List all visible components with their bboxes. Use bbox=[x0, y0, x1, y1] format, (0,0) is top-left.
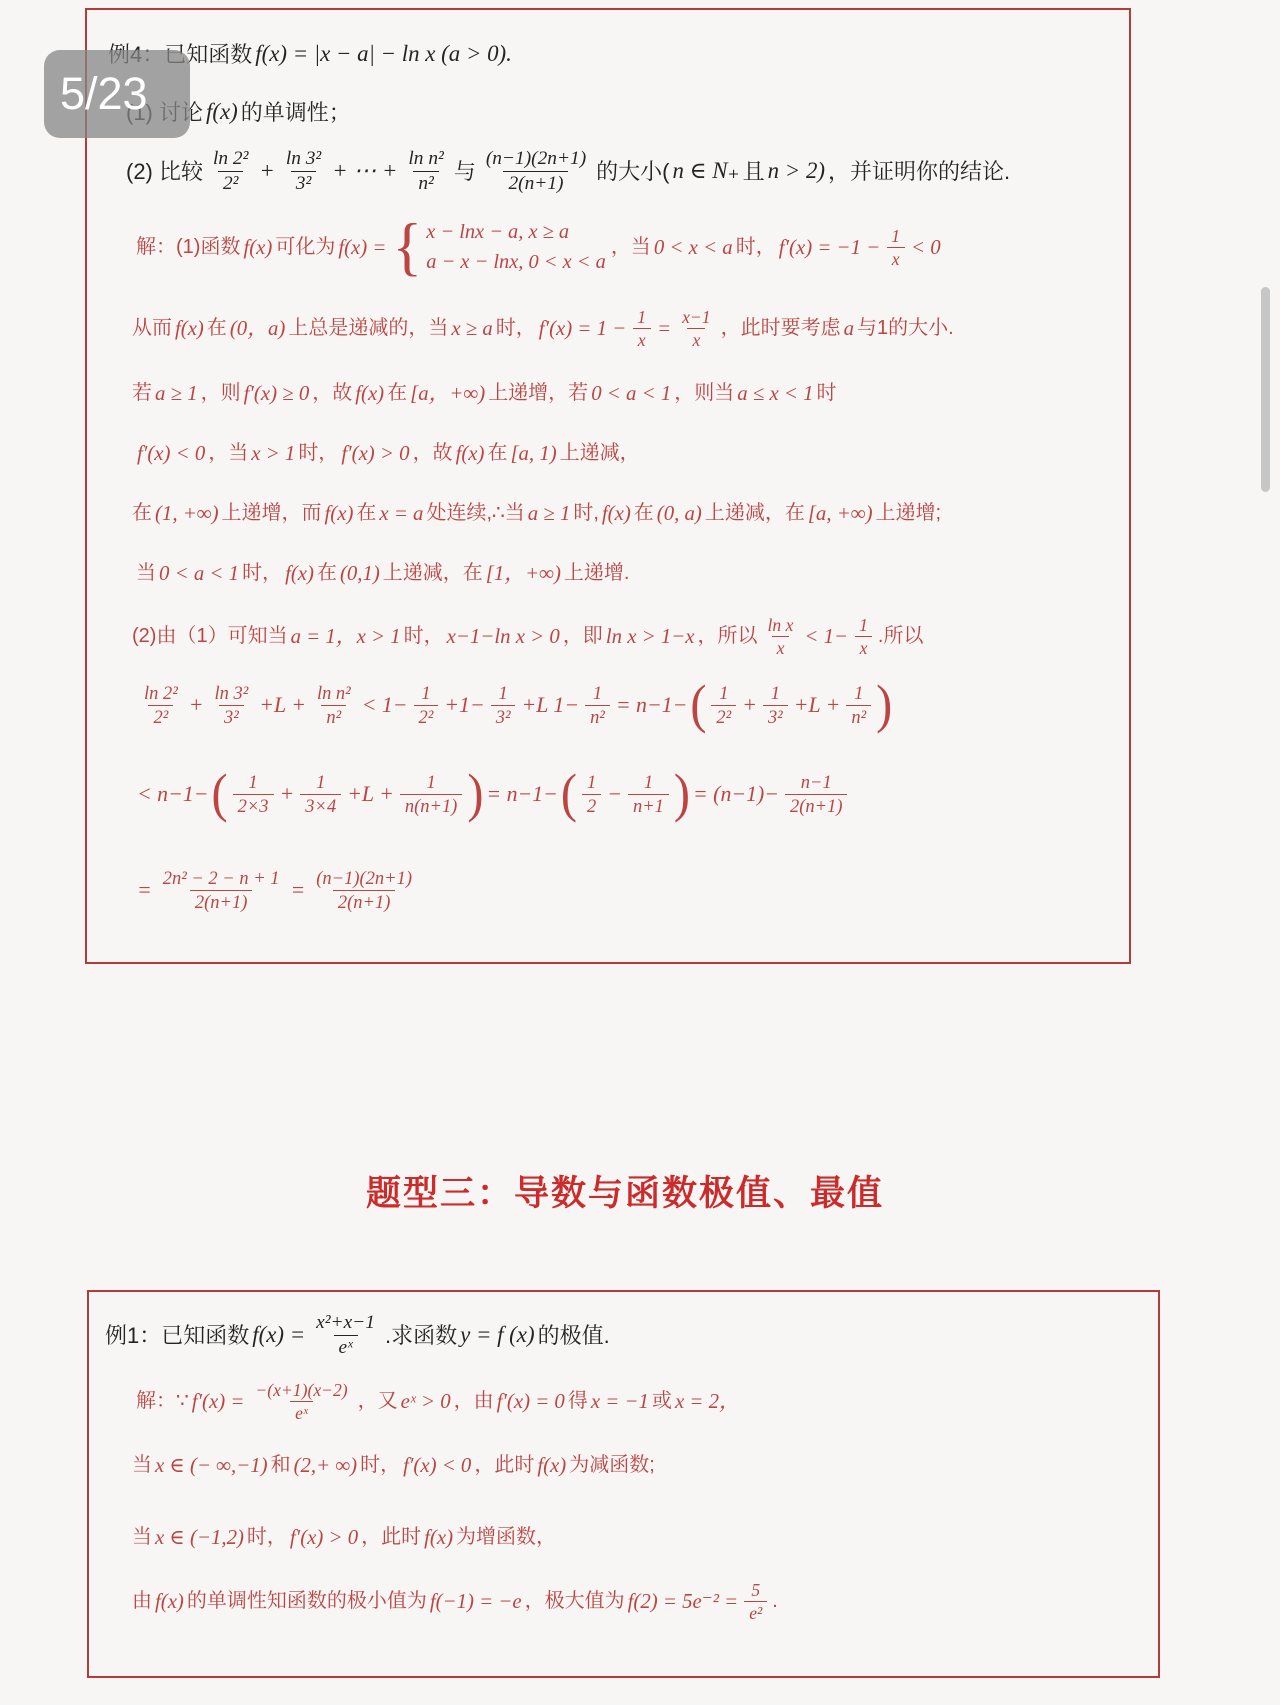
ex4-solution-line-8: ln 2²2²+ln 3²3²+L +ln n²n²< 1−12²+1−13²+… bbox=[135, 683, 893, 729]
ex4-solution-line-1: 解：(1)函数f(x)可化为f(x) ={x − lnx − a, x ≥ aa… bbox=[135, 220, 943, 275]
page-number-badge[interactable]: 5/23 bbox=[44, 50, 190, 138]
ex4-solution-line-3: 若a ≥ 1，则f′(x) ≥ 0，故f(x)在[a，+∞)上递增，若0 < a… bbox=[131, 381, 838, 407]
ex4-solution-line-2: 从而f(x)在(0，a)上总是递减的，当x ≥ a时，f′(x) = 1 −1x… bbox=[131, 307, 955, 350]
example1-box: 例1：已知函数f(x) =x²+x−1eˣ.求函数 y = f (x) 的极值.… bbox=[87, 1290, 1160, 1678]
ex4-solution-line-4: f′(x) < 0，当x > 1时，f′(x) > 0，故f(x)在[a, 1)… bbox=[135, 441, 641, 467]
ex1-solution-line-4: 由f(x)的单调性知函数的极小值为f(−1) = −e，极大值为f(2) = 5… bbox=[131, 1580, 779, 1623]
ex4-solution-line-6: 当0 < a < 1时，f(x)在(0,1)上递减，在[1，+∞)上递增. bbox=[135, 561, 630, 587]
ex4-part2: (2) 比较ln 2²2²+ln 3²3²+ ⋯ +ln n²n² 与(n−1)… bbox=[125, 148, 1011, 196]
ex1-solution-line-1: 解：∵f′(x) =−(x+1)(x−2)eˣ，又eˣ > 0，由f′(x) =… bbox=[135, 1380, 742, 1423]
ex4-solution-line-7: (2)由（1）可知当a = 1，x > 1时，x−1−ln x > 0，即 ln… bbox=[131, 615, 924, 658]
ex1-solution-line-2: 当x ∈ (− ∞,−1)和(2,+ ∞)时，f′(x) < 0，此时f(x)为… bbox=[131, 1453, 656, 1479]
ex1-solution-line-3: 当x ∈ (−1,2)时，f′(x) > 0，此时f(x)为增函数， bbox=[131, 1525, 557, 1551]
ex1-statement: 例1：已知函数f(x) =x²+x−1eˣ.求函数 y = f (x) 的极值. bbox=[104, 1312, 611, 1360]
section-title: 题型三：导数与函数极值、最值 bbox=[0, 1166, 1250, 1216]
ex4-solution-line-10: =2n² − 2 − n + 12(n+1)=(n−1)(2n+1)2(n+1) bbox=[135, 868, 421, 914]
example4-box: 例4：已知函数f(x) = |x − a| − ln x (a > 0). (1… bbox=[85, 8, 1131, 964]
ex4-solution-line-5: 在(1, +∞)上递增，而f(x)在x = a处连续,∴当a ≥ 1时,f(x)… bbox=[131, 501, 942, 527]
page-number-label: 5/23 bbox=[60, 68, 148, 120]
vertical-scrollbar-thumb[interactable] bbox=[1261, 287, 1270, 492]
ex4-solution-line-9: < n−1−(12×3+13×4+L +1n(n+1))= n−1−(12−1n… bbox=[135, 772, 851, 818]
